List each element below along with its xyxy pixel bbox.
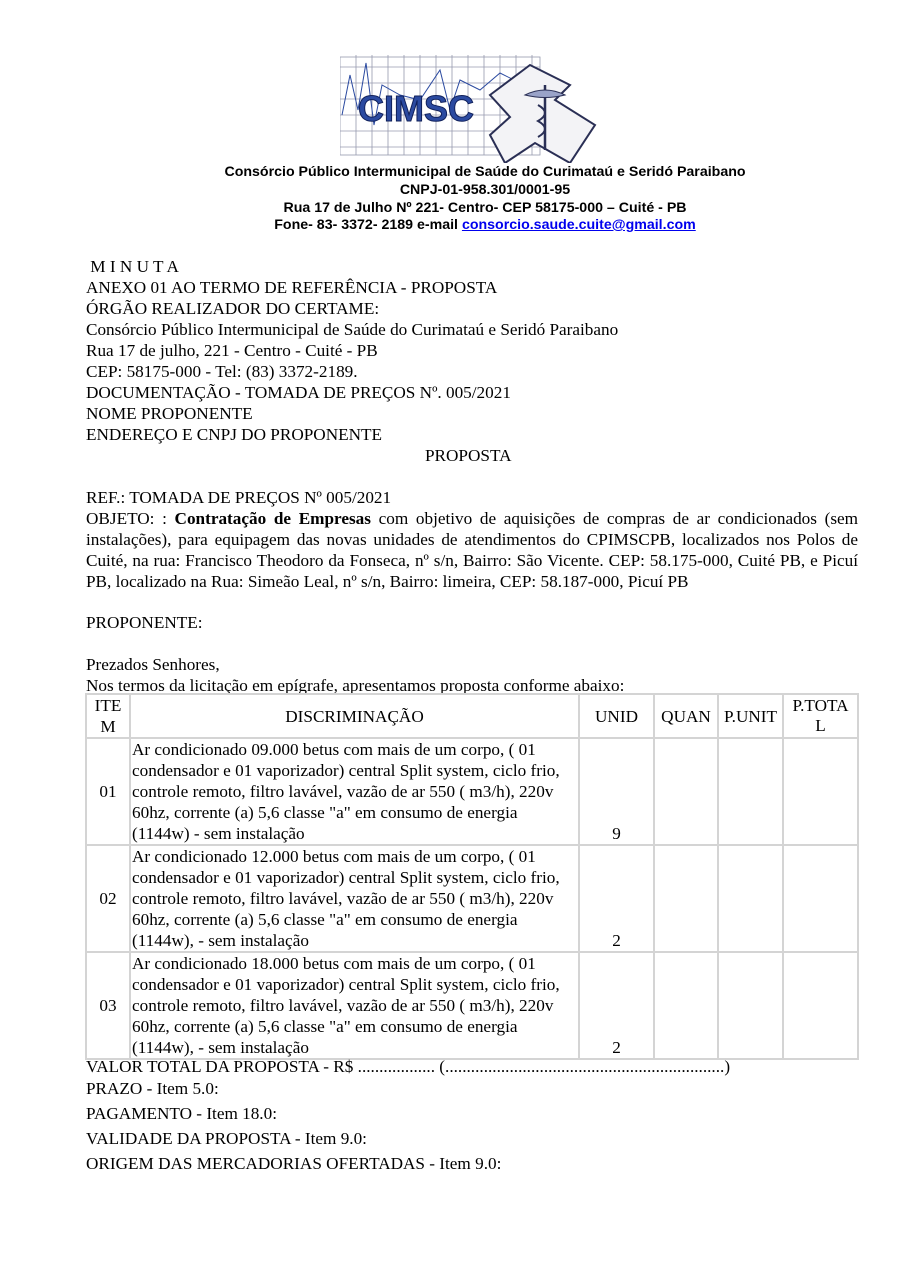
organ-label: ÓRGÃO REALIZADOR DO CERTAME:	[86, 298, 379, 319]
organ-cep: CEP: 58175-000 - Tel: (83) 3372-2189.	[86, 361, 358, 382]
table-row: 02 Ar condicionado 12.000 betus com mais…	[86, 845, 858, 952]
object-bold: Contratação de Empresas	[175, 509, 371, 528]
proposal-title: PROPOSTA	[425, 445, 512, 466]
object-paragraph: OBJETO: : Contratação de Empresas com ob…	[86, 508, 858, 592]
deadline-line: PRAZO - Item 5.0:	[86, 1078, 219, 1099]
header-unit: UNID	[579, 694, 654, 738]
row-description: Ar condicionado 18.000 betus com mais de…	[130, 952, 579, 1059]
row-unit: 2	[579, 952, 654, 1059]
payment-line: PAGAMENTO - Item 18.0:	[86, 1103, 277, 1124]
row-total-price[interactable]	[783, 738, 858, 845]
row-description: Ar condicionado 12.000 betus com mais de…	[130, 845, 579, 952]
row-description: Ar condicionado 09.000 betus com mais de…	[130, 738, 579, 845]
row-item: 03	[86, 952, 130, 1059]
row-unit-price[interactable]	[718, 952, 783, 1059]
total-value-line: VALOR TOTAL DA PROPOSTA - R$ ...........…	[86, 1056, 730, 1077]
org-phone: Fone- 83- 3372- 2189 e-mail	[274, 217, 462, 233]
table-row: 03 Ar condicionado 18.000 betus com mais…	[86, 952, 858, 1059]
annex-title: ANEXO 01 AO TERMO DE REFERÊNCIA - PROPOS…	[86, 277, 497, 298]
row-item: 01	[86, 738, 130, 845]
org-contact: Fone- 83- 3372- 2189 e-mail consorcio.sa…	[0, 216, 900, 235]
items-table: ITEM DISCRIMINAÇÃO UNID QUAN P.UNIT P.TO…	[85, 693, 859, 1060]
documentation-line: DOCUMENTAÇÃO - TOMADA DE PREÇOS Nº. 005/…	[86, 382, 511, 403]
origin-line: ORIGEM DAS MERCADORIAS OFERTADAS - Item …	[86, 1153, 501, 1174]
cimsc-logo: CIMSC	[340, 55, 608, 163]
bidder-name-label: NOME PROPONENTE	[86, 403, 253, 424]
cimsc-logo-icon: CIMSC	[340, 55, 608, 163]
header-unit-price: P.UNIT	[718, 694, 783, 738]
org-email-link[interactable]: consorcio.saude.cuite@gmail.com	[462, 217, 696, 233]
header-quantity: QUAN	[654, 694, 718, 738]
org-cnpj: CNPJ-01-958.301/0001-95	[0, 181, 900, 200]
object-prefix: OBJETO: :	[86, 509, 175, 528]
row-total-price[interactable]	[783, 845, 858, 952]
row-item: 02	[86, 845, 130, 952]
table-row: 01 Ar condicionado 09.000 betus com mais…	[86, 738, 858, 845]
bidder-address-label: ENDEREÇO E CNPJ DO PROPONENTE	[86, 424, 382, 445]
header-item: ITEM	[86, 694, 130, 738]
header-total-price: P.TOTAL	[783, 694, 858, 738]
validity-line: VALIDADE DA PROPOSTA - Item 9.0:	[86, 1128, 367, 1149]
header-description: DISCRIMINAÇÃO	[130, 694, 579, 738]
table-header-row: ITEM DISCRIMINAÇÃO UNID QUAN P.UNIT P.TO…	[86, 694, 858, 738]
minuta-label: M I N U T A	[86, 256, 179, 277]
organ-address: Rua 17 de julho, 221 - Centro - Cuité - …	[86, 340, 378, 361]
row-quantity[interactable]	[654, 845, 718, 952]
org-name: Consórcio Público Intermunicipal de Saúd…	[0, 163, 900, 182]
row-unit-price[interactable]	[718, 738, 783, 845]
bidder-label: PROPONENTE:	[86, 612, 203, 633]
row-unit: 2	[579, 845, 654, 952]
logo-text: CIMSC	[358, 88, 474, 129]
row-unit-price[interactable]	[718, 845, 783, 952]
row-quantity[interactable]	[654, 952, 718, 1059]
row-unit: 9	[579, 738, 654, 845]
greeting: Prezados Senhores,	[86, 654, 220, 675]
reference-line: REF.: TOMADA DE PREÇOS Nº 005/2021	[86, 487, 391, 508]
row-total-price[interactable]	[783, 952, 858, 1059]
organ-name: Consórcio Público Intermunicipal de Saúd…	[86, 319, 618, 340]
row-quantity[interactable]	[654, 738, 718, 845]
